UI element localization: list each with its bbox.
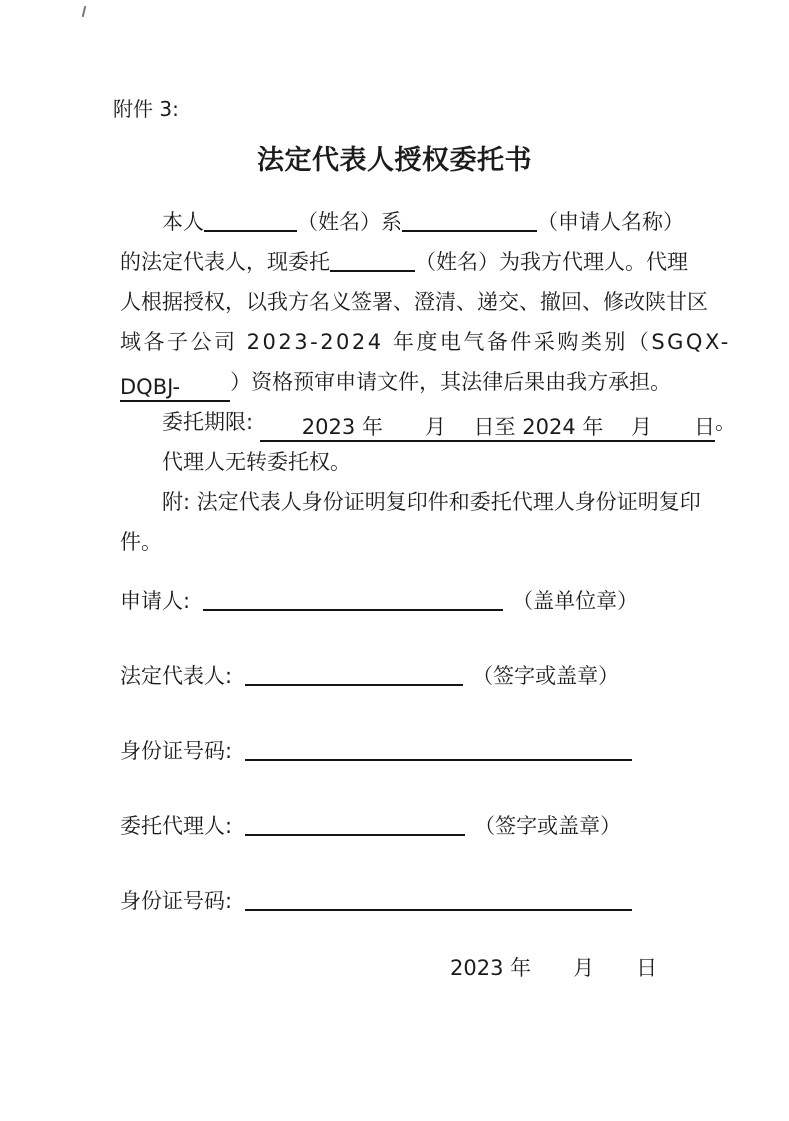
scan-artifact-mark: [82, 6, 87, 17]
sign-or-seal-note-1: （签字或盖章）: [472, 664, 619, 688]
agent-note-text: （姓名）为我方代理人。代理: [415, 250, 688, 274]
document-title: 法定代表人授权委托书: [0, 138, 789, 177]
paragraph-line-2: 的法定代表人，现委托（姓名）为我方代理人。代理: [120, 242, 702, 282]
period-end-punctuation: 。: [715, 410, 736, 434]
id-number-line-1: [245, 741, 632, 761]
id-number-row-1: 身份证号码:: [120, 735, 720, 759]
document-page: 附件 3: 法定代表人授权委托书 本人（姓名）系（申请人名称） 的法定代表人，现…: [0, 0, 789, 1121]
blank-principal-name: [204, 214, 297, 232]
agent-row: 委托代理人:（签字或盖章）: [120, 810, 720, 834]
principal-text: 本人: [162, 210, 204, 234]
blank-agent-name: [330, 254, 415, 272]
paragraph-line-8: 附: 法定代表人身份证明复印件和委托代理人身份证明复印: [120, 482, 702, 522]
paragraph-line-1: 本人（姓名）系（申请人名称）: [120, 202, 702, 242]
category-code-underline: DQBJ-: [120, 373, 230, 402]
paragraph-line-9: 件。: [120, 522, 702, 562]
signature-section: 申请人:（盖单位章） 法定代表人:（签字或盖章） 身份证号码: 委托代理人:（签…: [120, 585, 720, 960]
blank-applicant-name: [402, 214, 537, 232]
mandate-period-dates: 2023 年 月 日至 2024 年 月 日: [302, 415, 715, 439]
paragraph-line-5: DQBJ-）资格预审申请文件，其法律后果由我方承担。: [120, 362, 702, 402]
id-number-row-2: 身份证号码:: [120, 885, 720, 909]
paragraph-line-4: 域各子公司 2023-2024 年度电气备件采购类别（SGQX-: [120, 322, 702, 362]
paragraph-line-6: 委托期限: 2023 年 月 日至 2024 年 月 日。: [120, 402, 702, 442]
legal-rep-signature-line: [245, 666, 463, 686]
name-note-text: （姓名）系: [297, 210, 402, 234]
category-code-prefix: DQBJ-: [120, 375, 180, 399]
mandate-period-label: 委托期限:: [162, 410, 260, 434]
id-number-label-1: 身份证号码:: [120, 735, 232, 765]
paragraph-line-3: 人根据授权，以我方名义签署、澄清、递交、撤回、修改陕甘区: [120, 282, 702, 322]
legal-rep-label: 法定代表人:: [120, 660, 232, 690]
applicant-row: 申请人:（盖单位章）: [120, 585, 720, 609]
issue-date-line: 2023 年 月 日: [450, 954, 657, 982]
agent-label: 委托代理人:: [120, 810, 232, 840]
prequalification-text: ）资格预审申请文件，其法律后果由我方承担。: [230, 370, 671, 394]
unit-seal-note: （盖单位章）: [512, 589, 638, 613]
legal-rep-row: 法定代表人:（签字或盖章）: [120, 660, 720, 684]
id-number-line-2: [245, 891, 632, 911]
paragraph-line-7: 代理人无转委托权。: [120, 442, 702, 482]
attachment-label: 附件 3:: [113, 95, 179, 123]
legal-rep-text: 的法定代表人，现委托: [120, 250, 330, 274]
applicant-note-text: （申请人名称）: [537, 210, 684, 234]
sign-or-seal-note-2: （签字或盖章）: [474, 814, 621, 838]
applicant-label: 申请人:: [120, 585, 190, 615]
authorization-paragraph: 本人（姓名）系（申请人名称） 的法定代表人，现委托（姓名）为我方代理人。代理 人…: [120, 202, 702, 562]
mandate-period-underline: 2023 年 月 日至 2024 年 月 日: [260, 413, 715, 442]
id-number-label-2: 身份证号码:: [120, 885, 232, 915]
agent-signature-line: [245, 816, 465, 836]
applicant-signature-line: [203, 591, 503, 611]
